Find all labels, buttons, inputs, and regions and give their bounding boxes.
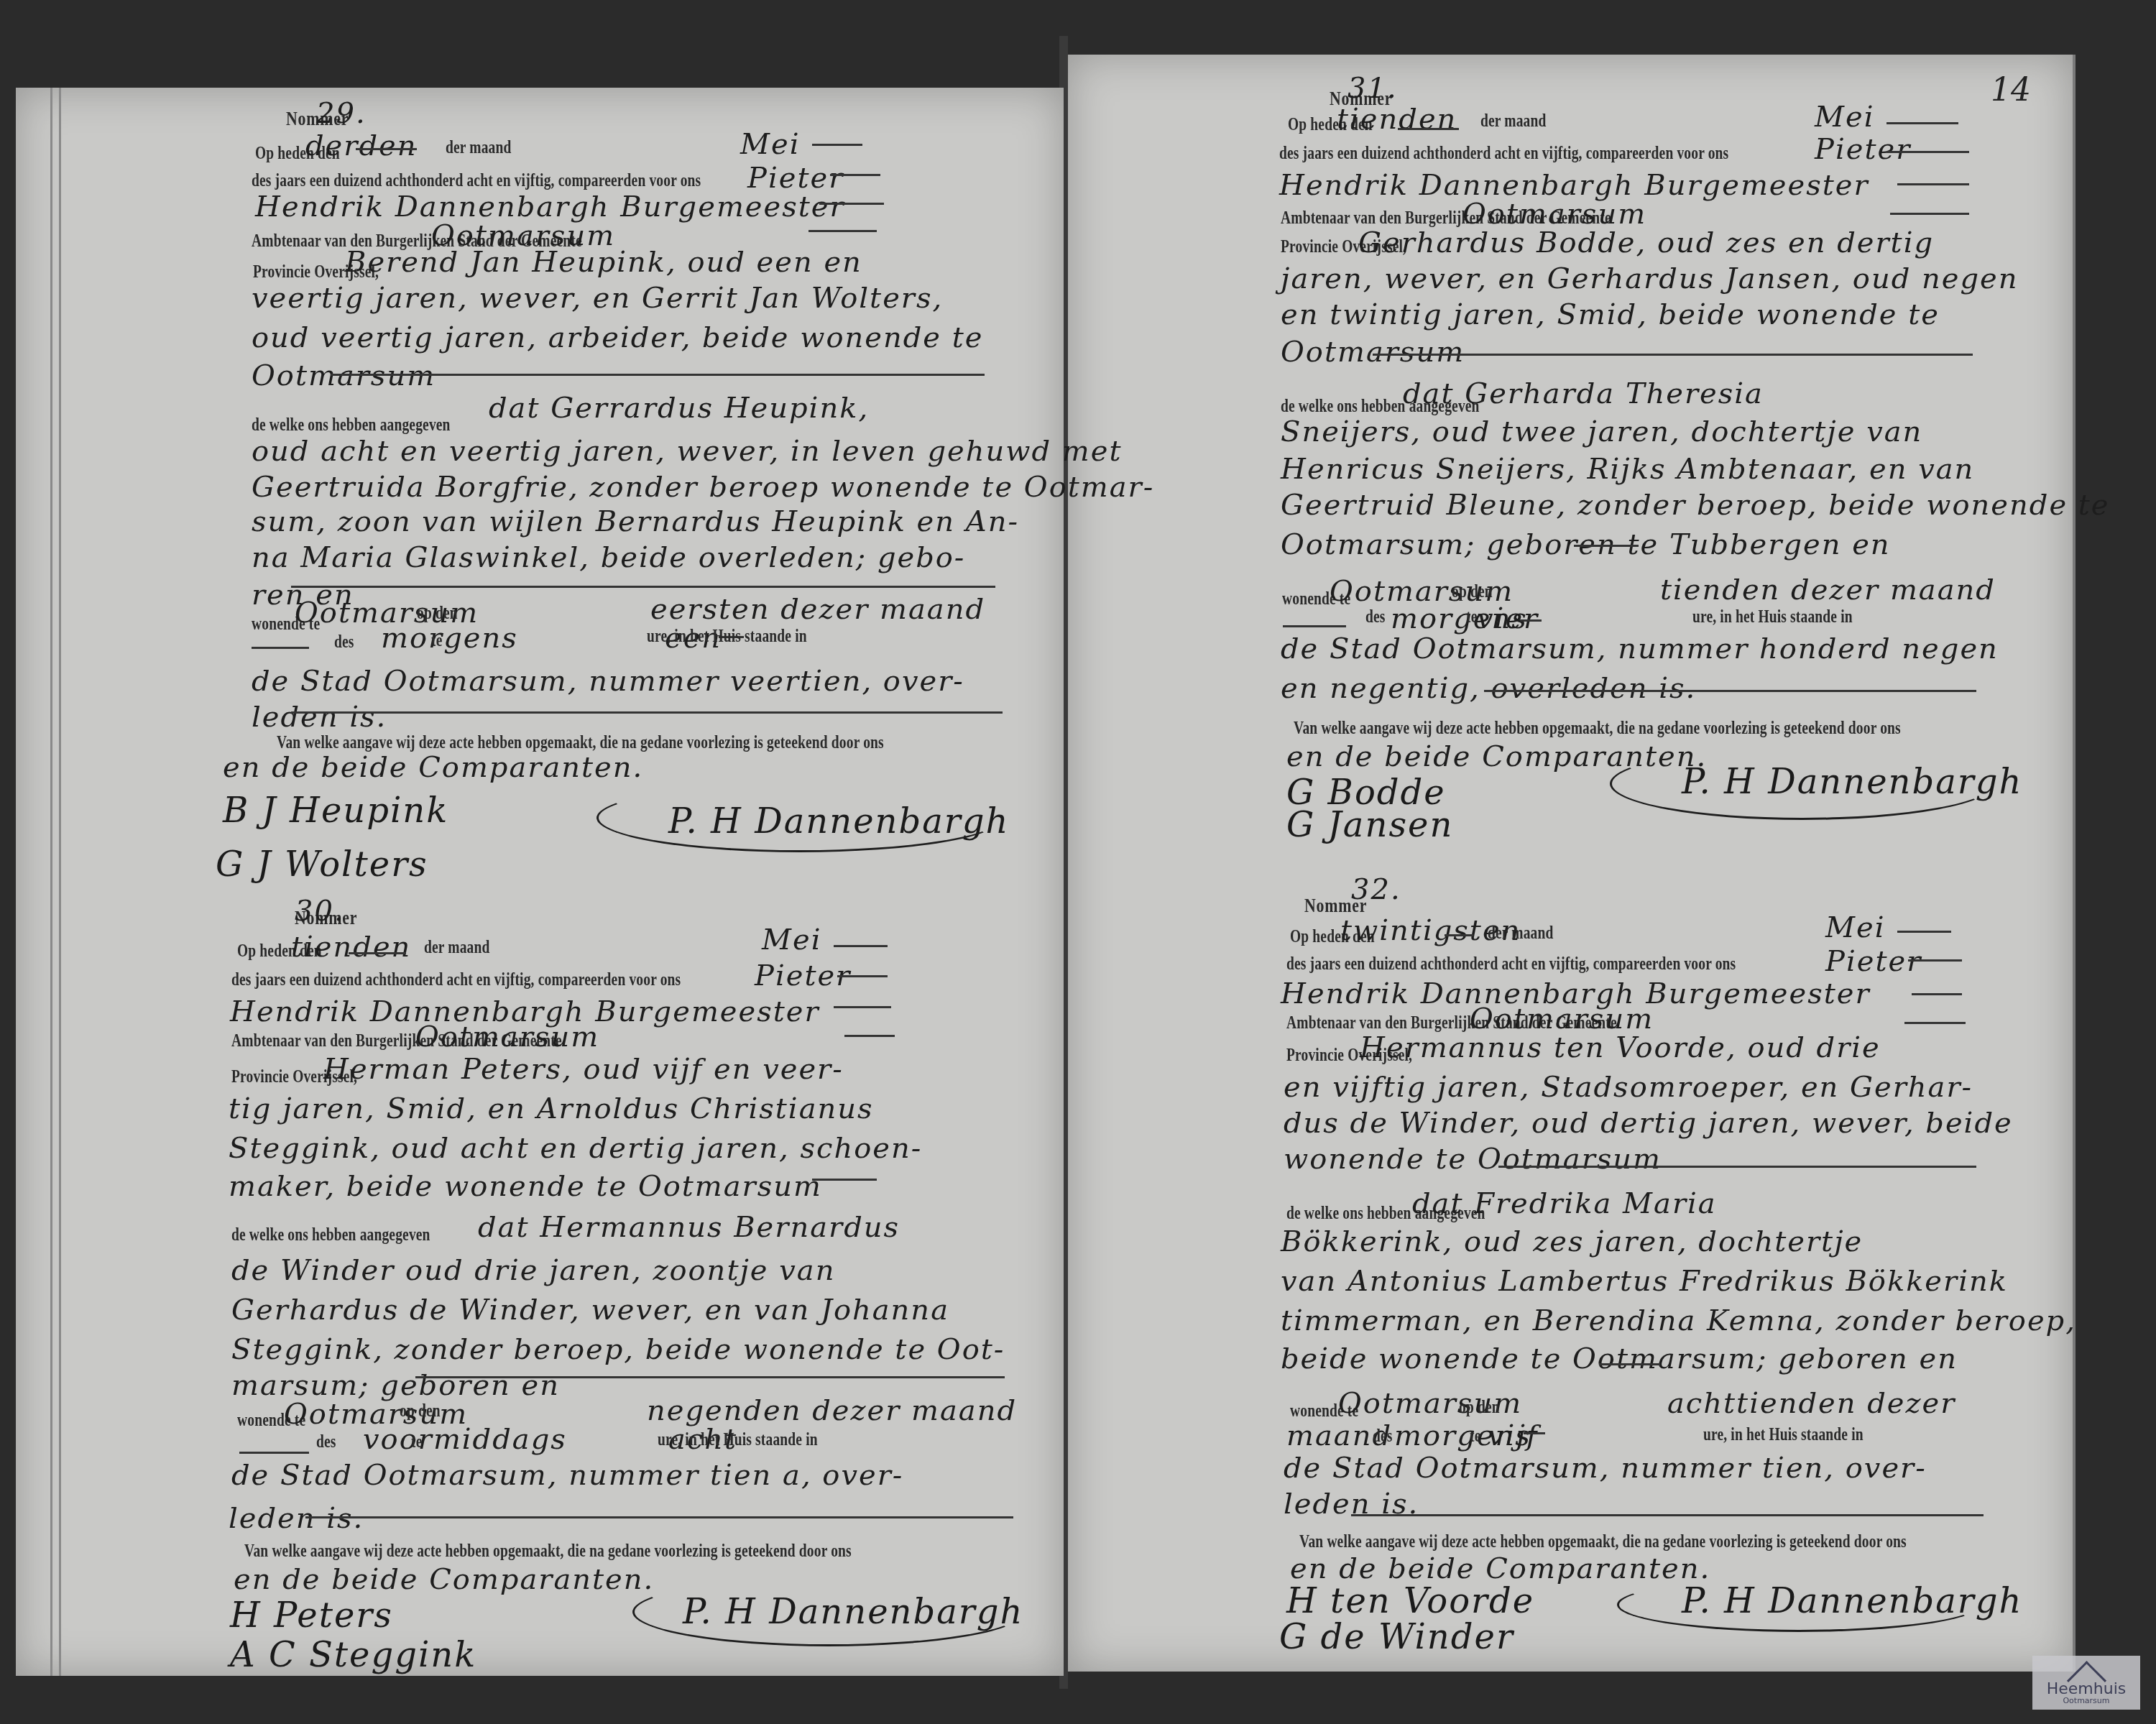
signature-comparant: G de Winder (1279, 1617, 1514, 1657)
signature-flourish (632, 1577, 1025, 1646)
ure-label: ure, in het Huis staande in (658, 1430, 818, 1450)
op-den-label: op den (417, 604, 458, 624)
aangifte-line: dat Gerharda Theresia (1403, 377, 1764, 410)
van-welke-label: Van welke aangave wij deze acte hebben o… (244, 1541, 852, 1562)
signature-flourish (1617, 1577, 1981, 1632)
op-den-label: op den (1459, 1398, 1500, 1418)
aangifte-line: de Winder oud drie jaren, zoontje van (231, 1254, 835, 1287)
ambtenaar-name-1: Pieter (1815, 133, 1911, 166)
comparant-line: tig jaren, Smid, en Arnoldus Christianus (229, 1092, 874, 1125)
record-number: 30. (295, 895, 345, 928)
comparant-line: Berend Jan Heupink, oud een en (345, 246, 862, 279)
huis-line: de Stad Ootmarsum, nummer tien a, over- (231, 1459, 903, 1492)
huis-line: en negentig, overleden is. (1281, 672, 1696, 705)
comparant-line: Ootmarsum (252, 359, 436, 392)
signature-comparant: G J Wolters (216, 844, 428, 885)
van-welke-label: Van welke aangave wij deze acte hebben o… (1299, 1532, 1907, 1552)
aangifte-line: oud acht en veertig jaren, wever, in lev… (252, 435, 1122, 468)
comparant-line: Steggink, oud acht en dertig jaren, scho… (229, 1132, 922, 1165)
hour: vijf (1488, 1419, 1539, 1452)
de-welke-label: de welke ons hebben aangegeven (231, 1225, 430, 1245)
aangifte-line: van Antonius Lambertus Fredrikus Bökkeri… (1281, 1265, 2008, 1298)
comparant-line: jaren, wever, en Gerhardus Jansen, oud n… (1281, 262, 2018, 295)
folio-number: 14 (1991, 72, 2031, 109)
comparant-line: veertig jaren, wever, en Gerrit Jan Wolt… (252, 282, 943, 315)
des-jaars-label: des jaars een duizend achthonderd acht e… (1279, 144, 1728, 164)
comparant-line: en vijftig jaren, Stadsomroeper, en Gerh… (1284, 1071, 1973, 1104)
slot: en de beide Comparanten. (223, 751, 643, 784)
aangifte-line: dat Gerrardus Heupink, (489, 392, 869, 425)
month: Mei (1825, 911, 1885, 944)
death-day: tienden dezer maand (1660, 573, 1996, 607)
aangifte-line: beide wonende te Ootmarsum; geboren en (1281, 1342, 1958, 1375)
des-jaars-label: des jaars een duizend achthonderd acht e… (231, 970, 681, 990)
huis-line: leden is. (229, 1502, 364, 1535)
des-label: des (334, 632, 354, 653)
der-maand-label: der maand (1480, 111, 1547, 132)
day: tienden (291, 931, 411, 964)
record-number: 29. (316, 97, 367, 130)
van-welke-label: Van welke aangave wij deze acte hebben o… (277, 733, 884, 753)
page-edge-line (59, 88, 61, 1676)
aangifte-line: Sneijers, oud twee jaren, dochtertje van (1281, 415, 1922, 448)
der-maand-label: der maand (446, 138, 512, 158)
hour: vier (1477, 602, 1539, 635)
signature-comparant: G Jansen (1286, 805, 1453, 845)
van-welke-label: Van welke aangave wij deze acte hebben o… (1294, 719, 1901, 739)
huis-line: leden is. (252, 701, 387, 734)
gemeente: Ootmarsum (415, 1020, 599, 1054)
aangifte-line: Steggink, zonder beroep, beide wonende t… (231, 1333, 1005, 1366)
time-of-day: voormiddags (363, 1423, 567, 1456)
aangifte-line: Geertruida Borgfrie, zonder beroep wonen… (252, 471, 1154, 504)
aangifte-line: Geertruid Bleune, zonder beroep, beide w… (1281, 489, 2110, 522)
op-den-label: op den (400, 1401, 441, 1421)
comparant-line: wonende te Ootmarsum (1284, 1143, 1662, 1176)
heemhuis-logo: Heemhuis Ootmarsum (2032, 1656, 2140, 1710)
huis-line: de Stad Ootmarsum, nummer tien, over- (1284, 1452, 1927, 1485)
op-den-label: op den (1452, 582, 1493, 602)
des-label: des (1373, 1426, 1393, 1447)
comparant-line: Gerhardus Bodde, oud zes en dertig (1358, 226, 1934, 259)
day: derden (305, 129, 417, 162)
te-label: te (1466, 607, 1477, 627)
comparant-line: Ootmarsum (1281, 336, 1465, 369)
day: tienden (1337, 103, 1457, 136)
record-number: 31. (1347, 72, 1398, 105)
comparant-line: maker, beide wonende te Ootmarsum (229, 1170, 822, 1203)
des-label: des (1365, 607, 1386, 627)
death-day: achttienden dezer (1667, 1387, 1955, 1420)
aangifte-line: sum, zoon van wijlen Bernardus Heupink e… (252, 505, 1019, 538)
des-label: des (316, 1432, 336, 1452)
signature-flourish (596, 783, 1003, 852)
signature-comparant: A C Steggink (230, 1635, 476, 1675)
signature-comparant: B J Heupink (223, 790, 448, 831)
te-label: te (1470, 1426, 1480, 1447)
ambtenaar-name-1: Pieter (1825, 945, 1922, 978)
des-jaars-label: des jaars een duizend achthonderd acht e… (1286, 954, 1736, 974)
der-maand-label: der maand (424, 938, 490, 958)
aangifte-line: dat Hermannus Bernardus (478, 1211, 900, 1244)
right-page (1068, 55, 2076, 1672)
month: Mei (740, 128, 800, 161)
aangifte-line: dat Fredrika Maria (1412, 1187, 1717, 1220)
page-edge-line (50, 88, 52, 1676)
aangifte-line: Henricus Sneijers, Rijks Ambtenaar, en v… (1281, 453, 1974, 486)
month: Mei (762, 923, 821, 957)
de-welke-label: de welke ons hebben aangegeven (252, 415, 451, 435)
ure-label: ure, in het Huis staande in (1692, 607, 1853, 627)
ure-label: ure, in het Huis staande in (1703, 1425, 1864, 1445)
te-label: te (411, 1432, 422, 1452)
signature-flourish (1610, 747, 1995, 820)
te-label: te (431, 631, 442, 651)
huis-line: de Stad Ootmarsum, nummer honderd negen (1281, 632, 1999, 665)
comparant-line: dus de Winder, oud dertig jaren, wever, … (1284, 1107, 2013, 1140)
signature-comparant: H ten Voorde (1286, 1581, 1534, 1621)
ure-label: ure, in het Huis staande in (647, 627, 807, 647)
comparant-line: Herman Peters, oud vijf en veer- (323, 1053, 844, 1086)
comparant-line: en twintig jaren, Smid, beide wonende te (1281, 298, 1940, 331)
slot: en de beide Comparanten. (234, 1563, 654, 1596)
record-number: 32. (1351, 873, 1401, 906)
aangifte-line: Bökkerink, oud zes jaren, dochtertje (1281, 1225, 1863, 1258)
huis-line: de Stad Ootmarsum, nummer veertien, over… (252, 665, 964, 698)
aangifte-line: timmerman, en Berendina Kemna, zonder be… (1281, 1304, 2076, 1337)
comparant-line: Hermannus ten Voorde, oud drie (1360, 1031, 1881, 1064)
month: Mei (1815, 101, 1874, 134)
des-jaars-label: des jaars een duizend achthonderd acht e… (252, 171, 701, 191)
der-maand-label: der maand (1488, 923, 1554, 944)
aangifte-line: Gerhardus de Winder, wever, en van Johan… (231, 1294, 949, 1327)
comparant-line: oud veertig jaren, arbeider, beide wonen… (252, 321, 983, 354)
time-of-day: morgens (381, 622, 518, 655)
signature-comparant: H Peters (230, 1595, 393, 1636)
aangifte-line: na Maria Glaswinkel, beide overleden; ge… (252, 541, 965, 574)
